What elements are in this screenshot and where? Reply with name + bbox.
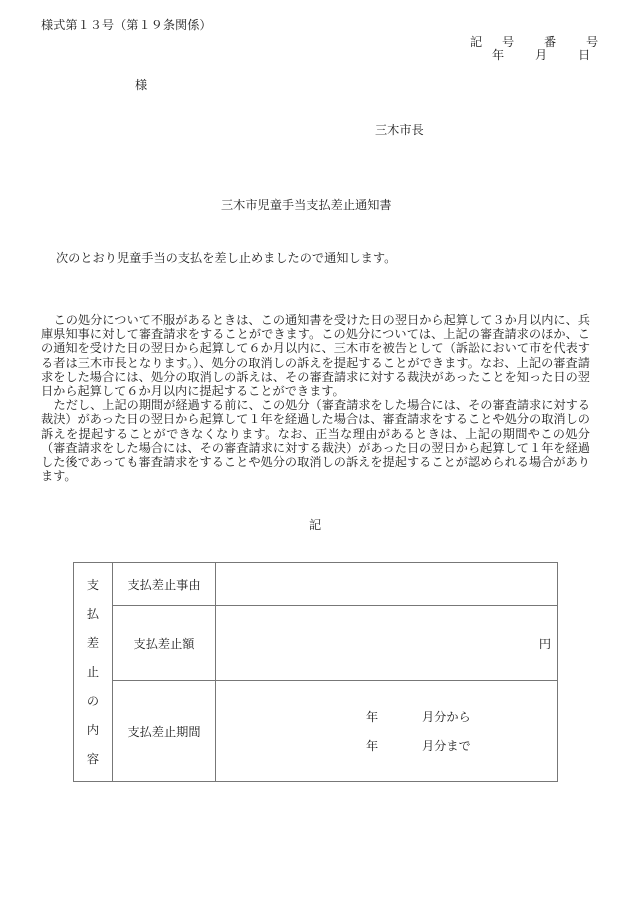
amount-label: 支払差止額 <box>113 606 216 681</box>
amount-value[interactable]: 円 <box>216 606 558 681</box>
reason-label: 支払差止事由 <box>113 563 216 606</box>
issuer: 三木市長 <box>375 121 424 138</box>
side-char: 内 <box>74 716 112 745</box>
date-month: 月 <box>535 46 578 63</box>
to-month: 月分まで <box>422 737 471 754</box>
appeal-paragraph: ただし、上記の期間が経過する前に、この処分（審査請求をした場合には、その審査請求… <box>41 398 590 483</box>
details-table: 支 払 差 止 の 内 容 支払差止事由 支払差止額 円 支払差止期間 年 月分… <box>73 562 558 782</box>
appeal-notice: この処分について不服があるときは、この通知書を受けた日の翌日から起算して３か月以… <box>41 313 590 483</box>
date-line: 年月日 <box>492 46 590 63</box>
period-label: 支払差止期間 <box>113 681 216 782</box>
from-month: 月分から <box>422 708 471 725</box>
form-number: 様式第１３号（第１９条関係） <box>41 16 212 33</box>
side-char: 払 <box>74 600 112 629</box>
side-label: 支 払 差 止 の 内 容 <box>74 563 113 782</box>
lead-text: 次のとおり児童手当の支払を差し止めましたので通知します。 <box>56 249 396 266</box>
side-char: 差 <box>74 629 112 658</box>
side-char: 容 <box>74 745 112 774</box>
date-year: 年 <box>492 46 535 63</box>
date-day: 日 <box>578 48 590 62</box>
addressee-suffix: 様 <box>135 76 147 93</box>
from-year: 年 <box>366 708 378 725</box>
yen-unit: 円 <box>539 637 551 651</box>
period-value[interactable]: 年 月分から 年 月分まで <box>216 681 558 782</box>
to-year: 年 <box>366 737 378 754</box>
document-title: 三木市児童手当支払差止通知書 <box>221 196 392 213</box>
reason-value[interactable] <box>216 563 558 606</box>
ki-heading: 記 <box>309 516 321 533</box>
side-char: 支 <box>74 571 112 600</box>
side-char: の <box>74 687 112 716</box>
appeal-paragraph: この処分について不服があるときは、この通知書を受けた日の翌日から起算して３か月以… <box>41 313 590 398</box>
side-char: 止 <box>74 658 112 687</box>
